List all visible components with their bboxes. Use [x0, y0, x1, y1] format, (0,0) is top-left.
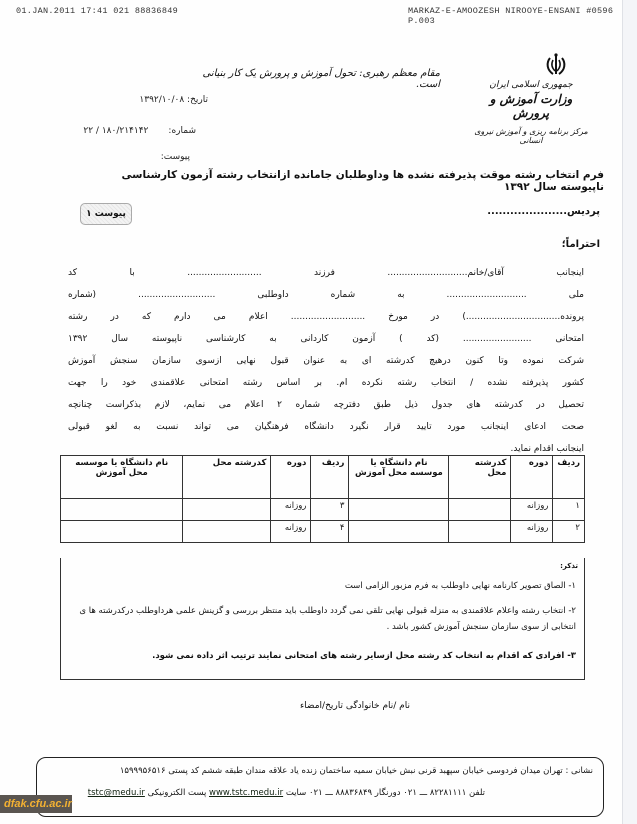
form-title: فرم انتخاب رشته موقت پذیرفته نشده ها ودا…: [104, 169, 604, 193]
note-item: ۲- انتخاب رشته واعلام علاقمندی به منزله …: [71, 603, 576, 635]
body-line: تحصیل در کدرشته های جدول ذیل طبق دفترچه …: [68, 394, 584, 416]
cell-field-code[interactable]: [449, 499, 511, 521]
fax-header-right: MARKAZ-E-AMOOZESH NIROOYE-ENSANI #0596 P…: [408, 6, 619, 26]
header-period: دوره: [511, 456, 553, 499]
email-label: پست الکترونیکی: [148, 788, 207, 798]
header-row-number: ردیف: [553, 456, 585, 499]
letter-date: تاریخ: ۱۳۹۲/۱۰/۰۸: [108, 95, 208, 105]
table-header-row: ردیف دوره کدرشته محل نام دانشگاه یا موسس…: [61, 456, 585, 499]
site-label: سایت: [286, 788, 306, 798]
letterhead-line-1: جمهوری اسلامی ایران: [471, 80, 591, 90]
choices-table: ردیف دوره کدرشته محل نام دانشگاه یا موسس…: [60, 455, 585, 543]
header-university: نام دانشگاه یا موسسه محل آموزش: [349, 456, 449, 499]
header-field-code: کدرشته محل: [183, 456, 271, 499]
cell-university[interactable]: [349, 521, 449, 543]
cell-row-number: ۲: [553, 521, 585, 543]
letterhead-line-2: وزارت آموزش و پرورش: [471, 92, 591, 120]
cell-row-number: ۳: [311, 499, 349, 521]
body-line: کشور پذیرفته نشده / انتخاب رشته نکرده ام…: [68, 372, 584, 394]
cell-university[interactable]: [61, 521, 183, 543]
note-item: ۱- الصاق تصویر کارنامه نهایی داوطلب به ف…: [71, 578, 576, 594]
body-line: صحت ادعای اینجانب مورد تایید قرار نگیرد …: [68, 416, 584, 438]
cell-row-number: ۴: [311, 521, 349, 543]
header-field-code: کدرشته محل: [449, 456, 511, 499]
motto: مقام معظم رهبری: تحول آموزش و پرورش یک ک…: [200, 68, 440, 90]
ministry-letterhead: جمهوری اسلامی ایران وزارت آموزش و پرورش …: [471, 80, 591, 145]
attachment-badge: پیوست ۱: [80, 203, 132, 225]
header-university: نام دانشگاه یا موسسه محل آموزش: [61, 456, 183, 499]
scanned-page: 01.JAN.2011 17:41 021 88836849 MARKAZ-E-…: [0, 0, 637, 824]
cell-row-number: ۱: [553, 499, 585, 521]
date-label: تاریخ:: [187, 95, 208, 105]
greeting: احتراماً؛: [450, 239, 600, 250]
note-item: ۳- افرادی که اقدام به انتخاب کد رشته محل…: [71, 648, 576, 664]
body-line: اینجانب آقای/خانم.......................…: [68, 262, 584, 284]
header-period: دوره: [271, 456, 311, 499]
page-edge: [622, 0, 637, 824]
number-value: ۱۸۰/۲۱۴۱۴۲ / ۲۲: [83, 126, 148, 136]
cell-period: روزانه: [271, 499, 311, 521]
source-watermark: dfak.cfu.ac.ir: [0, 795, 72, 813]
website-link[interactable]: www.tstc.medu.ir: [209, 788, 283, 798]
address-box: نشانی : تهران میدان فردوسی خیابان سپهبد …: [36, 757, 604, 817]
date-value: ۱۳۹۲/۱۰/۰۸: [139, 95, 184, 105]
declaration-body: اینجانب آقای/خانم.......................…: [68, 262, 584, 460]
fax-header-left: 01.JAN.2011 17:41 021 88836849: [16, 6, 178, 16]
body-line: پرونده.................................)…: [68, 306, 584, 328]
fax-value: ۸۸۸۳۶۸۴۹ ـــ ۰۲۱: [309, 788, 372, 798]
letter-number: شماره: ۱۸۰/۲۱۴۱۴۲ / ۲۲: [46, 126, 196, 136]
cell-field-code[interactable]: [449, 521, 511, 543]
number-label: شماره:: [168, 126, 196, 136]
email-link[interactable]: tstc@medu.ir: [88, 788, 145, 798]
cell-period: روزانه: [271, 521, 311, 543]
cell-period: روزانه: [511, 499, 553, 521]
cell-field-code[interactable]: [183, 499, 271, 521]
signature-line: نام /نام خانوادگی تاریخ/امضاء: [230, 701, 410, 711]
iran-emblem-icon: [543, 52, 569, 78]
postal-address: نشانی : تهران میدان فردوسی خیابان سپهبد …: [48, 766, 593, 776]
body-line: ملی ............................ به شمار…: [68, 284, 584, 306]
phone-value: ۸۲۲۸۱۱۱۱ ـــ ۰۲۱: [403, 788, 466, 798]
notes-box: تذکر: ۱- الصاق تصویر کارنامه نهایی داوطل…: [60, 558, 585, 680]
table-row: ۱ روزانه ۳ روزانه: [61, 499, 585, 521]
campus-field: پردیس.....................: [420, 206, 600, 217]
body-line: شرکت نموده وتا کنون درهیچ کدرشته ای به ع…: [68, 350, 584, 372]
table-row: ۲ روزانه ۴ روزانه: [61, 521, 585, 543]
cell-university[interactable]: [349, 499, 449, 521]
cell-field-code[interactable]: [183, 521, 271, 543]
attachment-label: پیوست:: [150, 152, 190, 162]
body-line: امتحانی ........................ (کد ) آ…: [68, 328, 584, 350]
fax-label: دورنگار: [375, 788, 401, 798]
contact-line: تلفن ۸۲۲۸۱۱۱۱ ـــ ۰۲۱ دورنگار ۸۸۸۳۶۸۴۹ ـ…: [55, 788, 485, 798]
cell-university[interactable]: [61, 499, 183, 521]
phone-label: تلفن: [469, 788, 485, 798]
letterhead-line-3: مرکز برنامه ریزی و آموزش نیروی انسانی: [471, 127, 591, 145]
cell-period: روزانه: [511, 521, 553, 543]
notes-label: تذکر:: [560, 562, 578, 570]
header-row-number: ردیف: [311, 456, 349, 499]
